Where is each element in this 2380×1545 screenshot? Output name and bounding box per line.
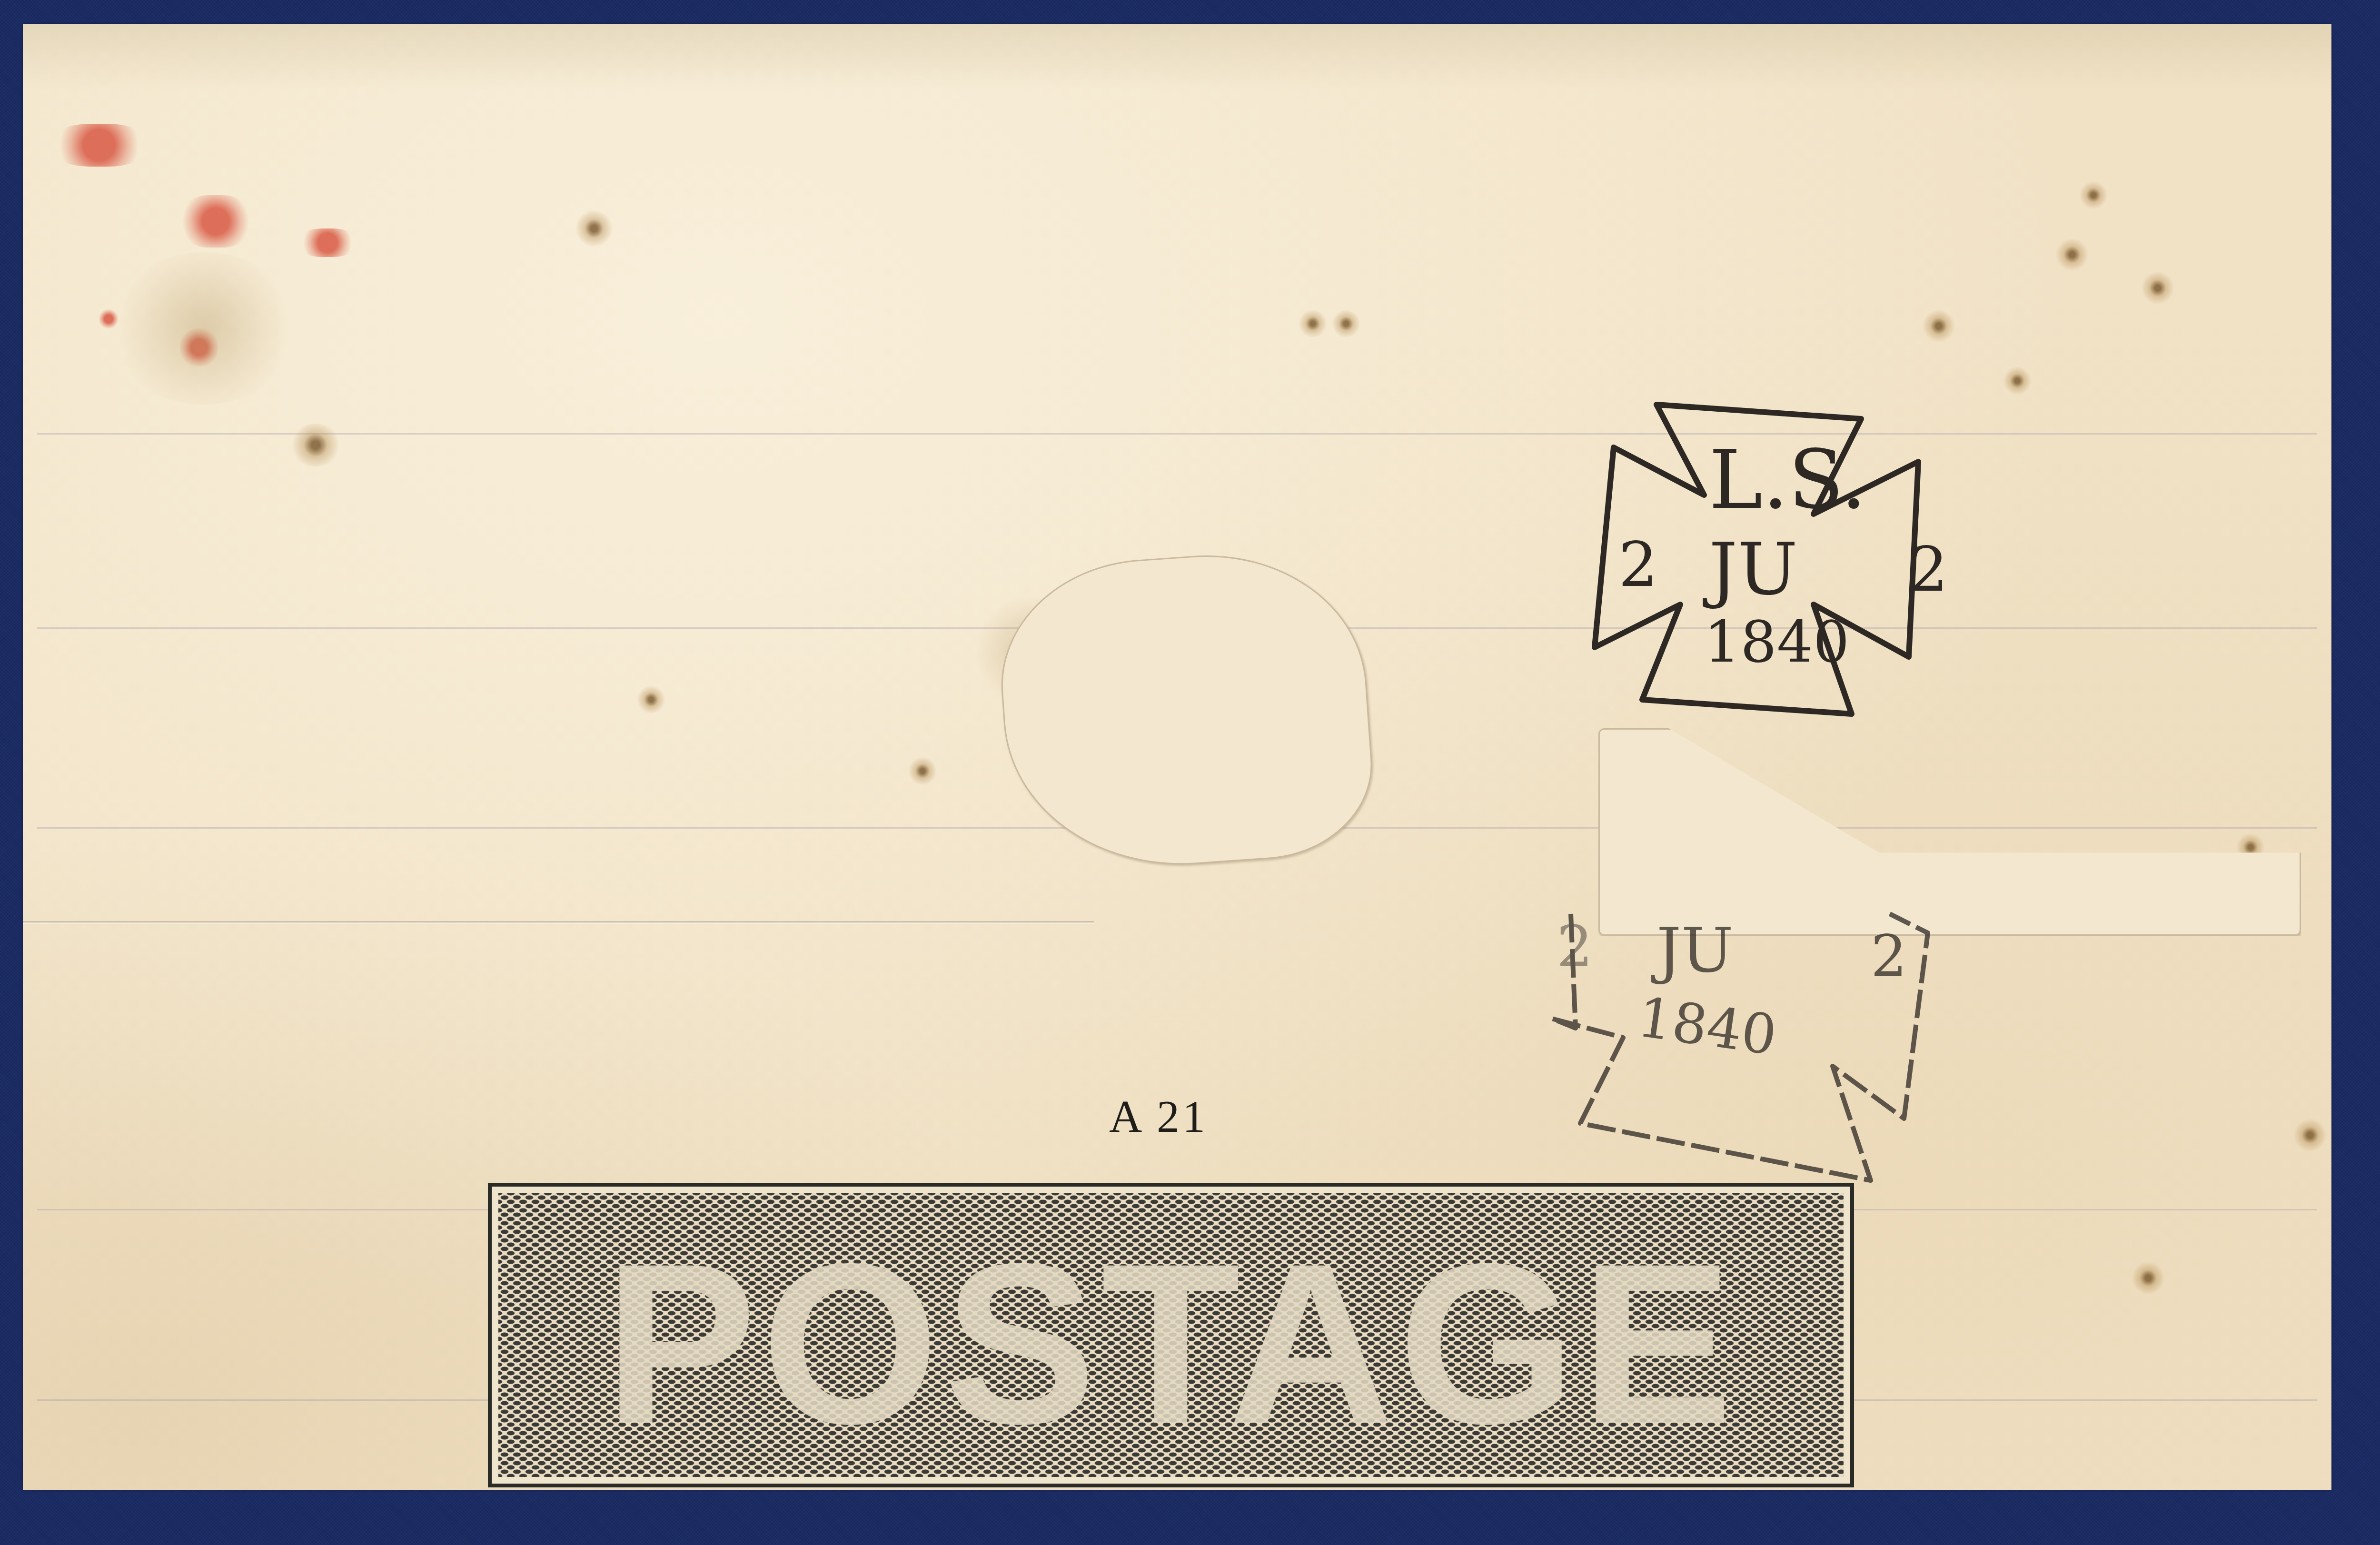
postage-panel: POSTAGE (488, 1183, 1854, 1487)
foxing-spot (637, 685, 665, 714)
foxing-spot (575, 209, 613, 248)
sheet-top-edge (23, 24, 2331, 90)
foxing-spot (1332, 309, 1360, 338)
foxing-spot (2079, 181, 2108, 209)
stain (109, 252, 299, 405)
foxing-spot (1922, 309, 1955, 343)
datestamp-month: JU (1709, 528, 1798, 611)
datestamp-day-right: 2 (1871, 923, 1907, 990)
datestamp-day-right: 2 (1909, 533, 1948, 605)
maltese-cross-datestamp-secondary: 2 JU 2 1840 (1547, 895, 1975, 1190)
foxing-spot (289, 424, 342, 466)
foxing-spot (2055, 238, 2089, 271)
datestamp-month: JU (1656, 914, 1734, 986)
foxing-spot (2132, 1261, 2165, 1295)
maltese-cross-datestamp-primary: L.S. 2 JU 2 1840 (1585, 390, 2004, 809)
foxing-spot (1299, 309, 1327, 338)
foxing-spot (908, 757, 937, 785)
postage-text: POSTAGE (492, 1229, 1850, 1458)
red-ink-trace (180, 195, 251, 248)
red-ink-trace (299, 228, 356, 257)
fold-line (23, 921, 1094, 924)
datestamp-office: L.S. (1709, 433, 1866, 527)
datestamp-day-left: 2 (1618, 528, 1658, 601)
datestamp-year: 1840 (1704, 609, 1849, 675)
foxing-spot (2141, 271, 2174, 305)
foxing-spot (2293, 1119, 2327, 1152)
foxing-spot (2003, 366, 2032, 395)
stereo-number: A 21 (1109, 1090, 1208, 1143)
datestamp-day-left: 2 (1557, 914, 1593, 980)
red-ink-trace (51, 124, 147, 167)
